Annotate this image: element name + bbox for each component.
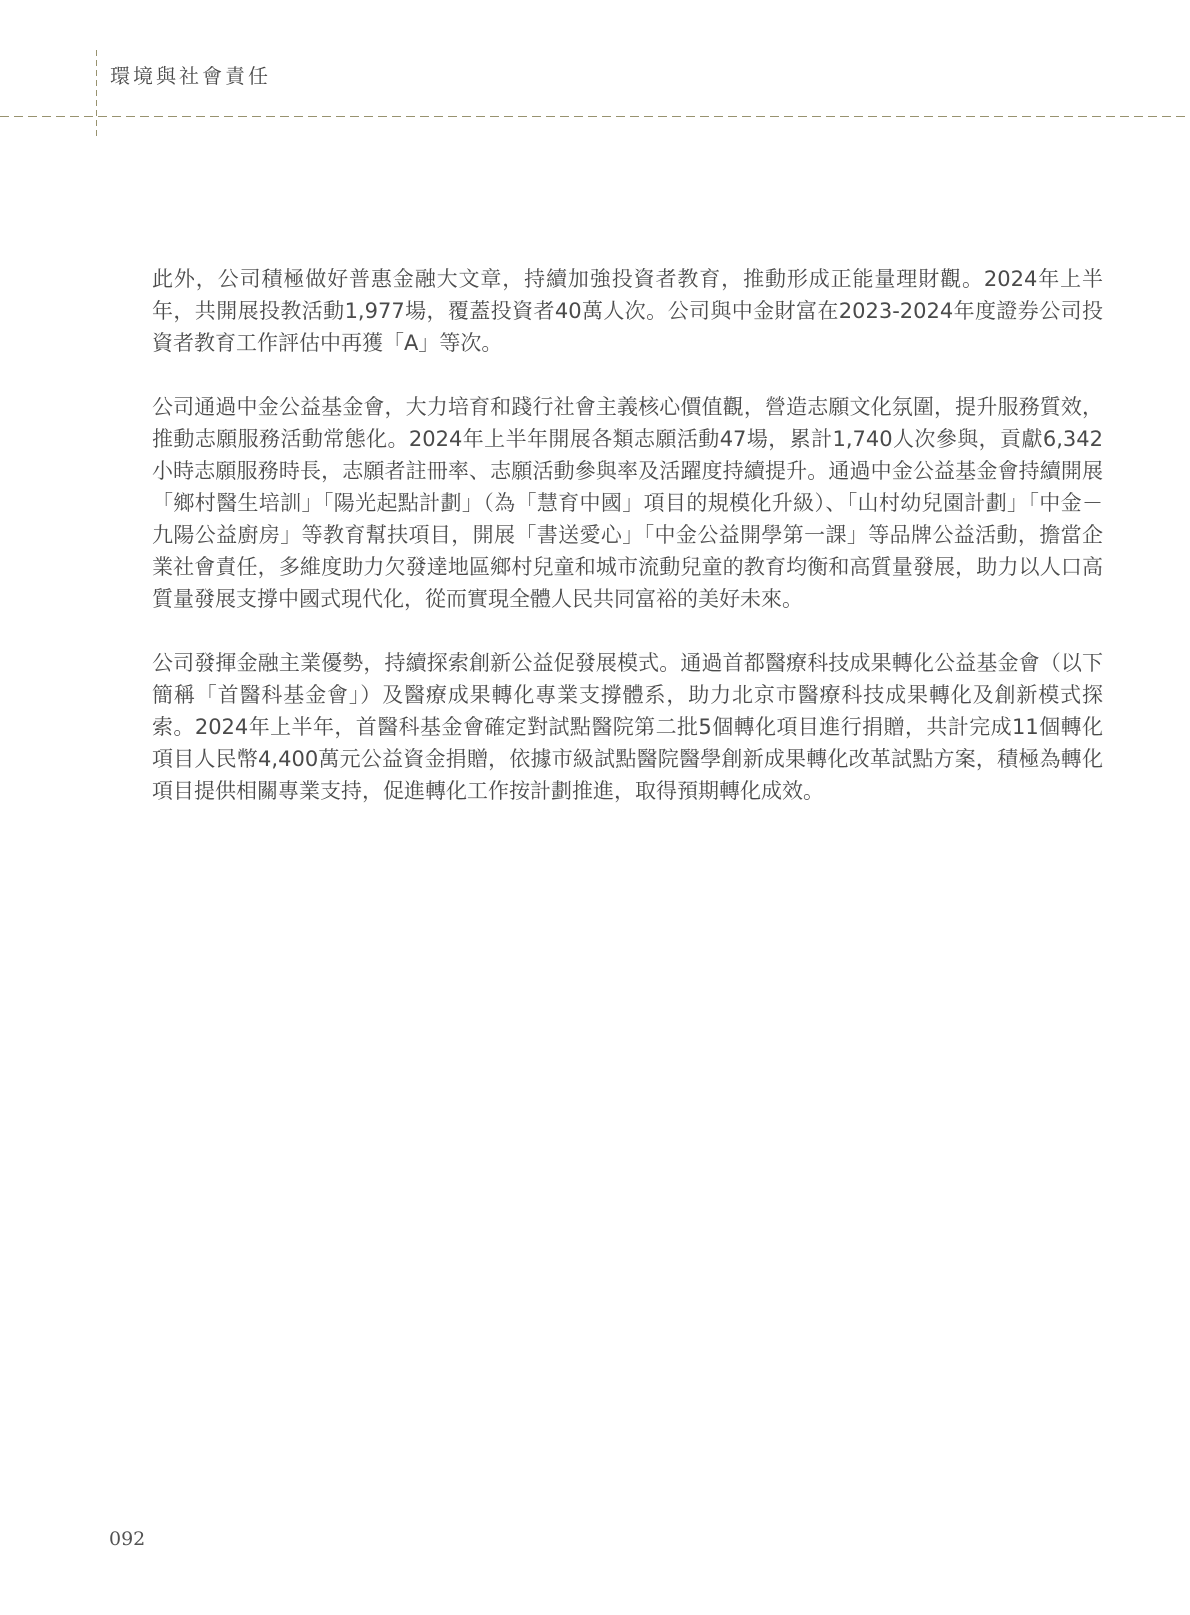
paragraph-volunteer-charity: 公司通過中金公益基金會，大力培育和踐行社會主義核心價值觀，營造志願文化氛圍，提升…: [152, 391, 1103, 615]
page-number: 092: [109, 1528, 145, 1550]
header-divider-dash-rule: [0, 116, 1190, 117]
paragraph-investor-education: 此外，公司積極做好普惠金融大文章，持續加強投資者教育，推動形成正能量理財觀。20…: [152, 263, 1103, 359]
report-page: 環境與社會責任 此外，公司積極做好普惠金融大文章，持續加強投資者教育，推動形成正…: [0, 0, 1190, 1615]
body-text: 此外，公司積極做好普惠金融大文章，持續加強投資者教育，推動形成正能量理財觀。20…: [152, 263, 1103, 839]
paragraph-medical-foundation: 公司發揮金融主業優勢，持續探索創新公益促發展模式。通過首都醫療科技成果轉化公益基…: [152, 647, 1103, 807]
section-title: 環境與社會責任: [110, 60, 271, 89]
header-vertical-dash-rule: [96, 50, 97, 138]
